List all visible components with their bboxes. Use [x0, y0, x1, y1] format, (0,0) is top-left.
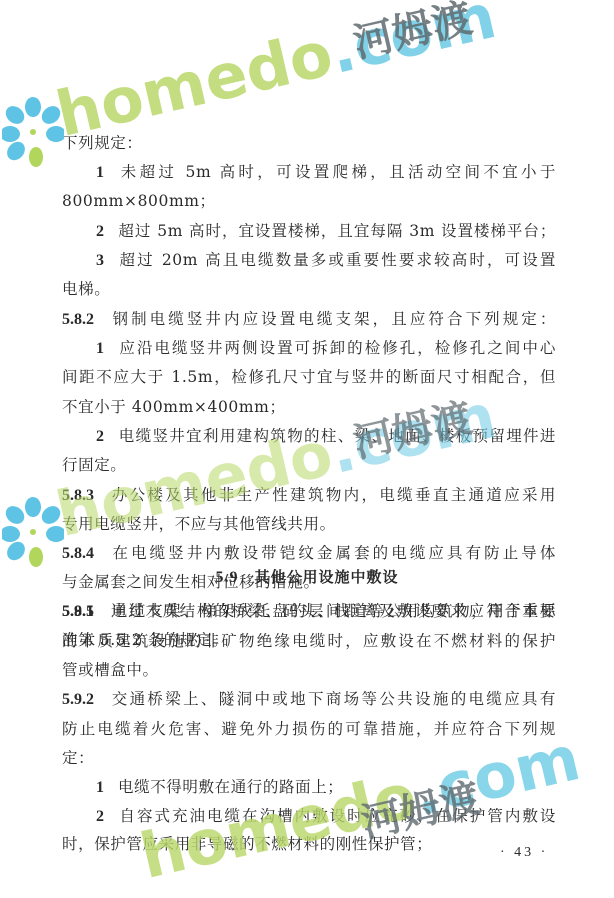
section-heading: 5.9其他公用设施中敷设	[0, 566, 614, 587]
text-line: 时，保护管应采用非导磁的不燃材料的刚性保护管；	[62, 834, 556, 854]
clause-5-8-4: 5.8.4在电缆竖井内敷设带铠纹金属套的电缆应具有防止导体	[62, 543, 556, 564]
text-line: 防止电缆着火危害、避免外力损伤的可靠措施，并应符合下列规	[62, 719, 556, 739]
clause-5-9-1: 5.9.1通过木质结构的桥梁、码头、栈道等公用构筑物，用于重要	[62, 601, 556, 622]
document-page: 下列规定： 1未超过 5m 高时，可设置爬梯，且活动空间不宜小于 800mm×8…	[0, 0, 614, 898]
flower-logo-icon	[2, 495, 64, 570]
text-line: 电梯。	[62, 279, 556, 299]
flower-logo-icon	[2, 95, 64, 170]
text-line: 间距不应大于 1.5m，检修孔尺寸宜与竖井的断面尺寸相配合，但	[62, 367, 556, 387]
text-line: 的木质建筑设施的非矿物绝缘电缆时，应敷设在不燃材料的保护	[62, 631, 556, 651]
list-item: 2超过 5m 高时，宜设置楼梯，且宜每隔 3m 设置楼梯平台；	[96, 221, 556, 242]
list-item: 1未超过 5m 高时，可设置爬梯，且活动空间不宜小于	[96, 162, 556, 183]
text-line: 行固定。	[62, 455, 556, 475]
text-line: 专用电缆竖井，不应与其他管线共用。	[62, 514, 556, 534]
clause-5-8-3: 5.8.3办公楼及其他非生产性建筑物内，电缆垂直主通道应采用	[62, 485, 556, 506]
list-item: 2电缆竖井宜利用建构筑物的柱、梁、地面、楼板预留埋件进	[96, 426, 556, 447]
list-item: 1应沿电缆竖井两侧设置可拆卸的检修孔，检修孔之间中心	[96, 338, 556, 359]
text-line: 不宜小于 400mm×400mm；	[62, 397, 556, 417]
list-item: 2自容式充油电缆在沟槽内敷设时应充砂，在保护管内敷设	[96, 806, 556, 827]
text-line: 定：	[62, 748, 556, 768]
page-number: · 43 ·	[500, 845, 548, 861]
text-line: 800mm×800mm；	[62, 191, 556, 211]
list-item: 1电缆不得明敷在通行的路面上；	[96, 777, 556, 798]
text-line: 下列规定：	[62, 133, 556, 153]
list-item: 3超过 20m 高且电缆数量多或重要性要求较高时，可设置	[96, 250, 556, 271]
clause-5-8-2: 5.8.2钢制电缆竖井内应设置电缆支架，且应符合下列规定：	[62, 309, 556, 330]
clause-5-9-2: 5.9.2交通桥梁上、隧洞中或地下商场等公共设施的电缆应具有	[62, 689, 556, 710]
text-line: 管或槽盒中。	[62, 660, 556, 680]
